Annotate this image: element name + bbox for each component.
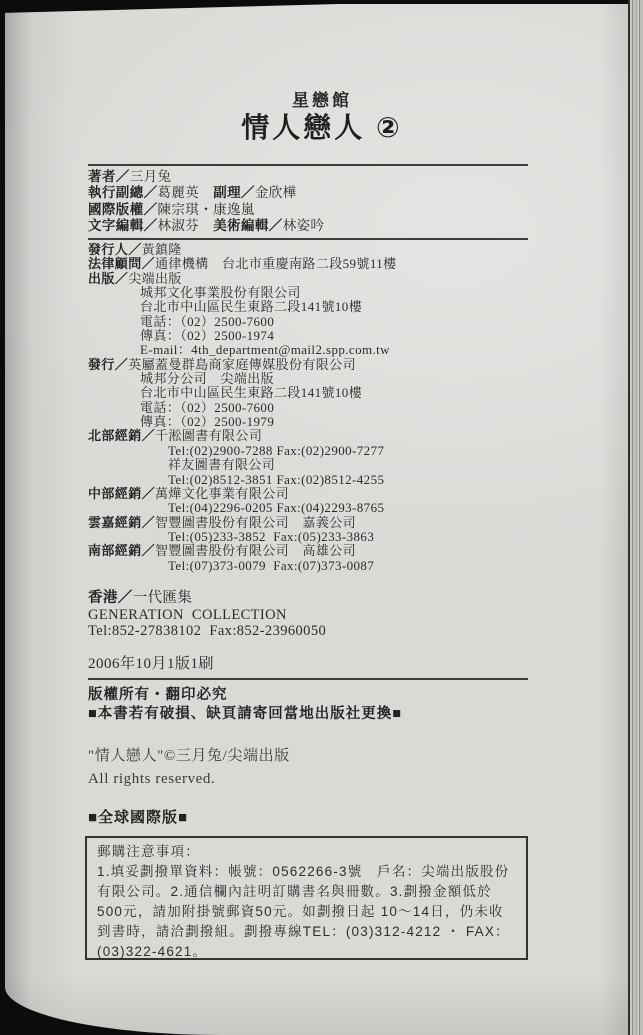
- line-label: 執行副總／: [88, 185, 158, 200]
- colophon-line: All rights reserved.: [88, 768, 528, 791]
- colophon-line: 香港／一代匯集: [88, 590, 528, 607]
- line-label: 美術編輯／: [213, 218, 283, 233]
- line-label: 北部經銷／: [88, 428, 155, 443]
- staff-credits-block: 著者／三月兔執行副總／葛麗英副理／金欣樺國際版權／陳宗琪・康逸嵐文字編輯／林淑芬…: [88, 169, 528, 235]
- line-label: 南部經銷／: [88, 543, 155, 558]
- line-text: GENERATION COLLECTION: [88, 607, 287, 623]
- line-text: 城邦分公司 尖端出版: [140, 371, 274, 386]
- colophon-line: Tel:(02)8512-3851 Fax:(02)8512-4255: [88, 473, 528, 487]
- colophon-line: 國際版權／陳宗琪・康逸嵐: [88, 202, 528, 218]
- line-label: 著者／: [88, 169, 130, 184]
- colophon-line: Tel:(07)373-0079 Fax:(07)373-0087: [88, 559, 528, 573]
- colophon-line: E-mail：4th_department@mail2.spp.com.tw: [88, 343, 528, 357]
- colophon-line: 著者／三月兔: [88, 169, 528, 185]
- colophon-line: 電話：（02）2500-7600: [88, 401, 528, 415]
- colophon-line: ■本書若有破損、缺頁請寄回當地出版社更換■: [88, 705, 528, 724]
- colophon-line: 台北市中山區民生東路二段141號10樓: [88, 300, 528, 314]
- colophon-line: 傳真：（02）2500-1974: [88, 329, 528, 343]
- colophon-line: 祥友圖書有限公司: [88, 458, 528, 472]
- colophon-line: 出版／尖端出版: [88, 272, 528, 286]
- colophon-line: 發行／英屬蓋曼群島商家庭傳媒股份有限公司: [88, 358, 528, 372]
- colophon-line: 發行人／黃鎮隆: [88, 243, 528, 257]
- mail-order-heading: 郵購注意事項：: [97, 842, 516, 862]
- colophon-line: 執行副總／葛麗英副理／金欣樺: [88, 185, 528, 201]
- line-text: Tel:(07)373-0079 Fax:(07)373-0087: [168, 558, 374, 573]
- line-value: 英屬蓋曼群島商家庭傳媒股份有限公司: [128, 357, 356, 372]
- line-text: Tel:(02)2900-7288 Fax:(02)2900-7277: [168, 443, 384, 458]
- line-text: 電話：（02）2500-7600: [140, 314, 274, 329]
- mail-order-body: 1.填妥劃撥單資料：帳號：0562266-3號 戶名：尖端出版股份有限公司。2.…: [97, 862, 516, 962]
- colophon-line: 法律顧問／通律機構 台北市重慶南路二段59號11樓: [88, 257, 528, 271]
- line-text: "情人戀人"©三月兔/尖端出版: [88, 748, 290, 764]
- global-edition-label: ■全球國際版■: [88, 806, 528, 827]
- line-text: All rights reserved.: [88, 771, 215, 787]
- colophon-line: Tel:852-27838102 Fax:852-23960050: [88, 623, 528, 640]
- colophon-line: Tel:(05)233-3852 Fax:(05)233-3863: [88, 530, 528, 544]
- line-value: 林淑芬: [158, 218, 200, 233]
- copyright-notice-block: 版權所有・翻印必究■本書若有破損、缺頁請寄回當地出版社更換■: [88, 686, 528, 723]
- line-label: 雲嘉經銷／: [88, 515, 155, 530]
- line-label: 發行／: [88, 357, 128, 372]
- line-label: 香港／: [88, 590, 133, 606]
- line-label: 國際版權／: [88, 202, 158, 217]
- colophon-line: Tel:(02)2900-7288 Fax:(02)2900-7277: [88, 444, 528, 458]
- line-value: 葛麗英: [158, 185, 200, 200]
- line-value: 萬燁文化事業有限公司: [155, 486, 289, 501]
- line-label: 發行人／: [88, 242, 142, 257]
- book-title: 情人戀人 ②: [102, 106, 542, 146]
- line-label: 副理／: [213, 185, 255, 200]
- colophon-line: Tel:(04)2296-0205 Fax:(04)2293-8765: [88, 501, 528, 515]
- colophon-content: 星戀館 情人戀人 ② 著者／三月兔執行副總／葛麗英副理／金欣樺國際版權／陳宗琪・…: [0, 0, 643, 1035]
- colophon-line: 傳真：（02）2500-1979: [88, 415, 528, 429]
- line-value: 林姿吟: [283, 218, 325, 233]
- divider-rule-top: [88, 164, 528, 166]
- line-text: 城邦文化事業股份有限公司: [140, 285, 301, 300]
- colophon-line: 南部經銷／智豐圖書股份有限公司 高雄公司: [88, 544, 528, 558]
- line-label: 出版／: [88, 271, 128, 286]
- hongkong-distributor-block: 香港／一代匯集GENERATION COLLECTIONTel:852-2783…: [88, 590, 528, 640]
- colophon-line: 電話：（02）2500-7600: [88, 315, 528, 329]
- edition-date: 2006年10月1版1刷: [88, 652, 528, 673]
- colophon-line: 版權所有・翻印必究: [88, 686, 528, 705]
- line-value: 黃鎮隆: [142, 242, 182, 257]
- line-value: 通律機構 台北市重慶南路二段59號11樓: [155, 256, 397, 271]
- line-text: 版權所有・翻印必究: [88, 687, 228, 703]
- colophon-line: GENERATION COLLECTION: [88, 607, 528, 624]
- line-value: 智豐圖書股份有限公司 嘉義公司: [155, 515, 356, 530]
- line-label: 法律顧問／: [88, 256, 155, 271]
- colophon-line: 文字編輯／林淑芬美術編輯／林姿吟: [88, 218, 528, 234]
- line-text: 台北市中山區民生東路二段141號10樓: [140, 385, 362, 400]
- divider-rule-bottom: [88, 678, 528, 680]
- line-text: 電話：（02）2500-7600: [140, 400, 274, 415]
- colophon-line: 北部經銷／千淞圖書有限公司: [88, 429, 528, 443]
- colophon-line: "情人戀人"©三月兔/尖端出版: [88, 745, 528, 768]
- colophon-line: 城邦文化事業股份有限公司: [88, 286, 528, 300]
- scanned-page: 星戀館 情人戀人 ② 著者／三月兔執行副總／葛麗英副理／金欣樺國際版權／陳宗琪・…: [0, 0, 643, 1035]
- mail-order-notice-box: 郵購注意事項： 1.填妥劃撥單資料：帳號：0562266-3號 戶名：尖端出版股…: [85, 836, 528, 960]
- line-value: 千淞圖書有限公司: [155, 428, 262, 443]
- line-text: Tel:(04)2296-0205 Fax:(04)2293-8765: [168, 500, 384, 515]
- line-text: 傳真：（02）2500-1979: [140, 414, 274, 429]
- line-text: Tel:852-27838102 Fax:852-23960050: [88, 623, 326, 639]
- colophon-line: 台北市中山區民生東路二段141號10樓: [88, 386, 528, 400]
- line-value: 陳宗琪・康逸嵐: [158, 202, 255, 217]
- line-text: E-mail：4th_department@mail2.spp.com.tw: [140, 342, 390, 357]
- line-value: 金欣樺: [255, 185, 297, 200]
- line-text: 台北市中山區民生東路二段141號10樓: [140, 299, 362, 314]
- line-text: Tel:(02)8512-3851 Fax:(02)8512-4255: [168, 472, 384, 487]
- publisher-info-block: 發行人／黃鎮隆法律顧問／通律機構 台北市重慶南路二段59號11樓出版／尖端出版城…: [88, 243, 528, 573]
- line-text: 祥友圖書有限公司: [168, 457, 275, 472]
- colophon-line: 城邦分公司 尖端出版: [88, 372, 528, 386]
- line-value: 智豐圖書股份有限公司 高雄公司: [155, 543, 356, 558]
- line-text: 傳真：（02）2500-1974: [140, 328, 274, 343]
- license-block: "情人戀人"©三月兔/尖端出版All rights reserved.: [88, 745, 528, 791]
- line-text: Tel:(05)233-3852 Fax:(05)233-3863: [168, 529, 374, 544]
- line-text: ■本書若有破損、缺頁請寄回當地出版社更換■: [88, 706, 402, 722]
- line-value: 三月兔: [130, 169, 172, 184]
- colophon-line: 中部經銷／萬燁文化事業有限公司: [88, 487, 528, 501]
- divider-rule-middle: [88, 238, 528, 240]
- line-label: 中部經銷／: [88, 486, 155, 501]
- colophon-line: 雲嘉經銷／智豐圖書股份有限公司 嘉義公司: [88, 516, 528, 530]
- line-label: 文字編輯／: [88, 218, 158, 233]
- line-value: 一代匯集: [133, 590, 193, 606]
- line-value: 尖端出版: [128, 271, 182, 286]
